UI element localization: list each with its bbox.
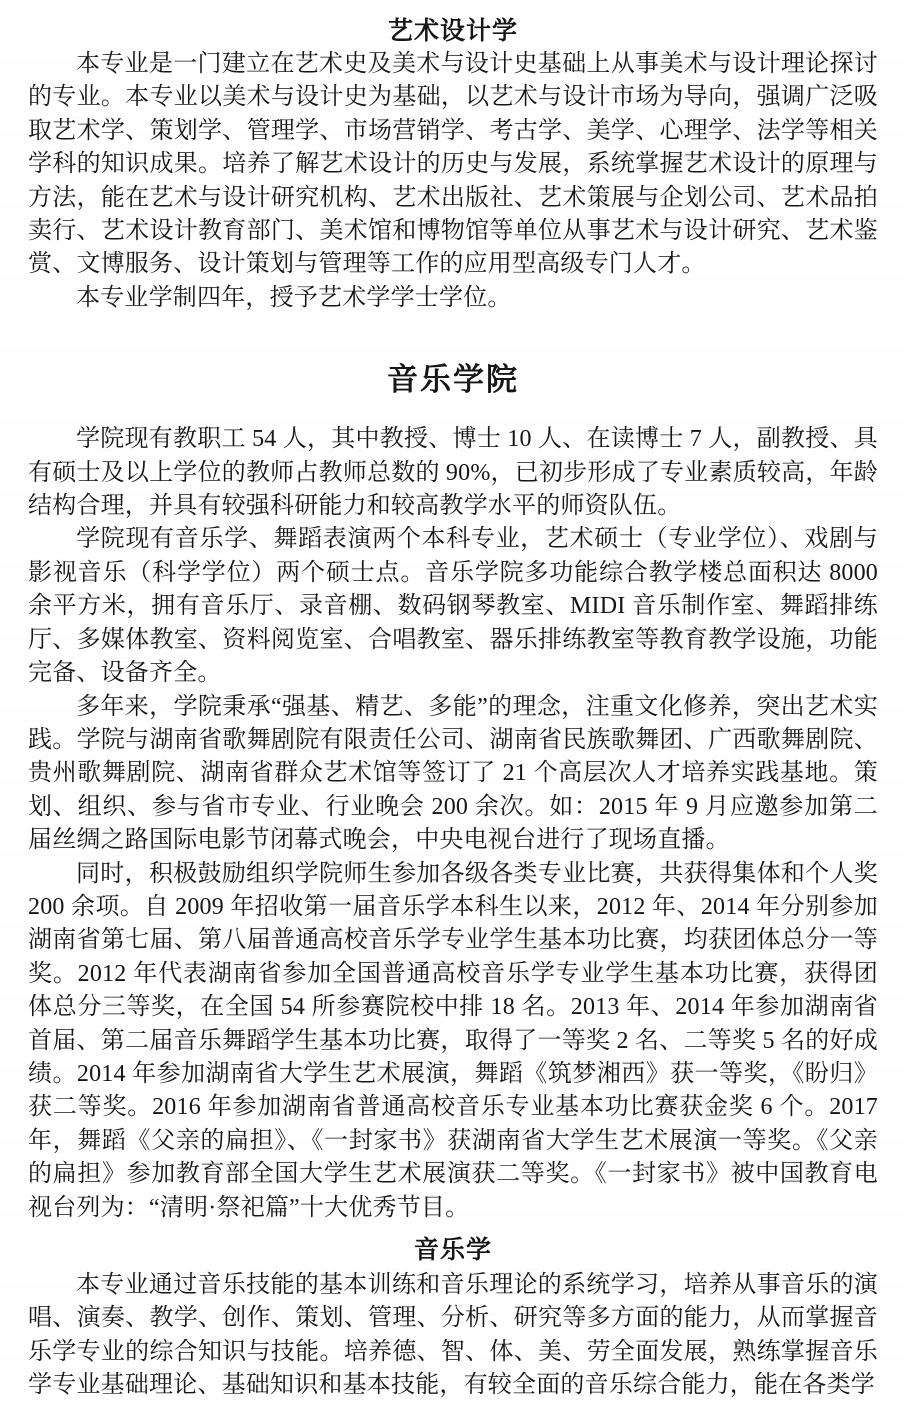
paragraph-art-design-intro: 本专业是一门建立在艺术史及美术与设计史基础上从事美术与设计理论探讨的专业。本专业… bbox=[28, 48, 878, 282]
paragraph-music-college-practice: 多年来，学院秉承“强基、精艺、多能”的理念，注重文化修养，突出艺术实践。学院与湖… bbox=[28, 691, 878, 858]
heading-musicology: 音乐学 bbox=[28, 1233, 878, 1267]
paragraph-art-design-degree: 本专业学制四年，授予艺术学学士学位。 bbox=[28, 282, 878, 315]
heading-music-college: 音乐学院 bbox=[28, 361, 878, 399]
heading-art-design-studies: 艺术设计学 bbox=[28, 14, 878, 48]
document-page: 艺术设计学 本专业是一门建立在艺术史及美术与设计史基础上从事美术与设计理论探讨的… bbox=[0, 0, 906, 1411]
paragraph-musicology-intro: 本专业通过音乐技能的基本训练和音乐理论的系统学习，培养从事音乐的演唱、演奏、教学… bbox=[28, 1269, 878, 1403]
paragraph-music-college-faculty: 学院现有教职工 54 人，其中教授、博士 10 人、在读博士 7 人，副教授、具… bbox=[28, 423, 878, 523]
paragraph-music-college-programs: 学院现有音乐学、舞蹈表演两个本科专业，艺术硕士（专业学位）、戏剧与影视音乐（科学… bbox=[28, 523, 878, 690]
paragraph-music-college-awards: 同时，积极鼓励组织学院师生参加各级各类专业比赛，共获得集体和个人奖 200 余项… bbox=[28, 858, 878, 1225]
